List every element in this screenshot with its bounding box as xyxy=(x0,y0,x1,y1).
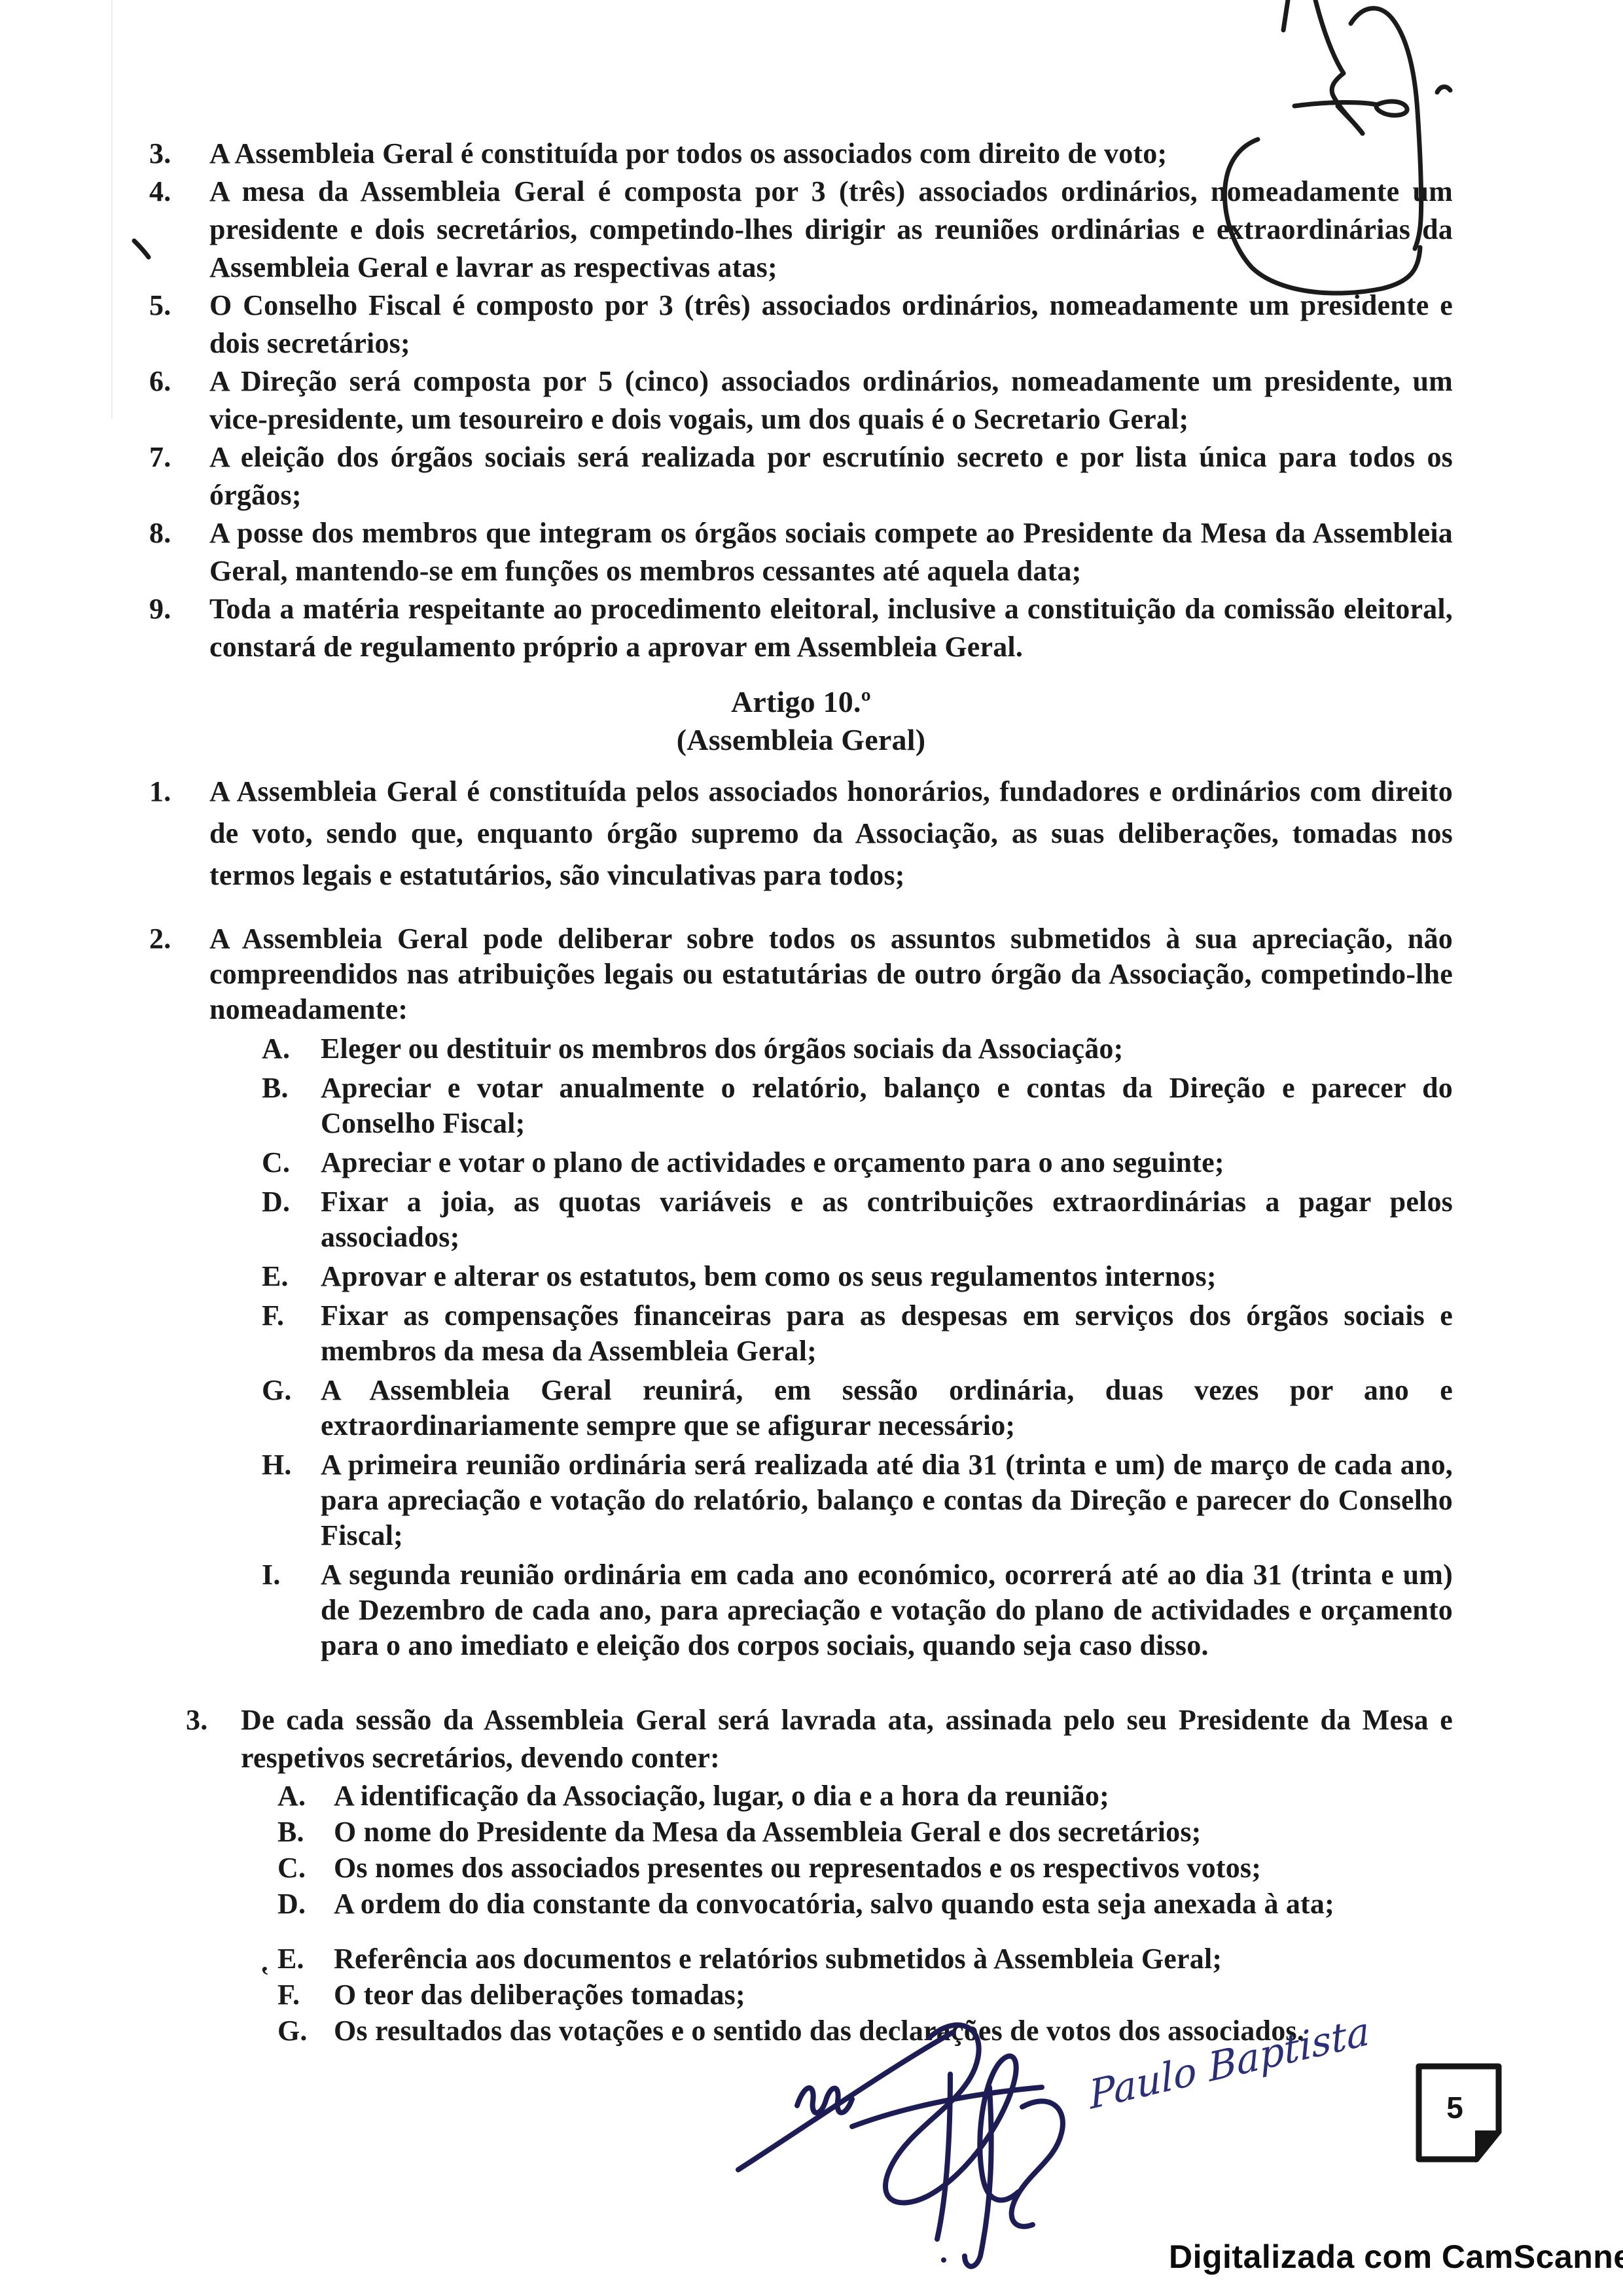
rubric-scribble-icon xyxy=(134,0,1450,293)
signature-left-icon xyxy=(733,1994,1204,2282)
page-number-box: 5 xyxy=(1414,2061,1505,2166)
left-margin-tick-icon xyxy=(134,241,149,257)
camscanner-watermark: Digitalizada com CamScanner xyxy=(1169,2238,1623,2276)
scanned-document-page: { "doc": { "continuation_list": { "items… xyxy=(0,0,1623,2296)
page-number: 5 xyxy=(1414,2090,1496,2125)
pen-scribble-overlay xyxy=(0,0,1623,2296)
caret-mark-icon xyxy=(1437,87,1450,92)
